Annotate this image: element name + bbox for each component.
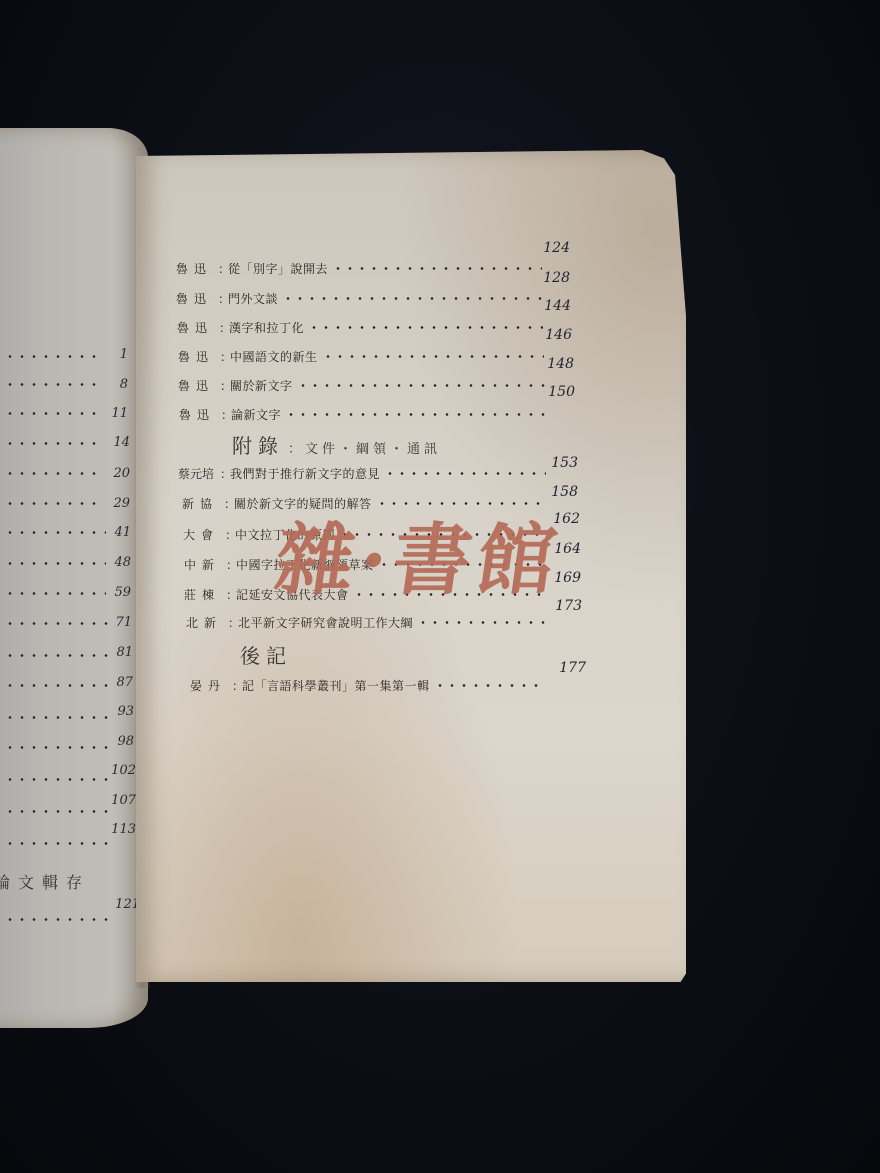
- leader-dots: [376, 502, 546, 505]
- entry-author: 新協: [182, 495, 224, 512]
- page-number: 14: [90, 435, 130, 450]
- leader-dots: [4, 918, 114, 921]
- entry-author: 魯迅: [177, 319, 219, 336]
- page-number: 107: [96, 793, 136, 808]
- page-number: 81: [93, 645, 133, 660]
- toc-entry: 晏丹： 記「言語科學叢刊」第一集第一輯: [190, 677, 546, 694]
- appendix-heading-sub: ：文件・綱領・通訊: [288, 442, 441, 457]
- page-number: 48: [91, 555, 131, 570]
- appendix-heading: 附錄：文件・綱領・通訊: [232, 430, 441, 459]
- page-number: 20: [90, 466, 130, 481]
- page-number: 121: [100, 897, 140, 912]
- entry-author: 魯迅: [178, 348, 220, 365]
- page-number: 102: [96, 763, 136, 778]
- entry-author: 莊棟: [184, 586, 226, 603]
- leader-dots: [308, 326, 543, 329]
- leader-dots: [282, 297, 542, 300]
- entry-title: 北平新文字研究會說明工作大綱: [238, 614, 413, 631]
- leader-dots: [4, 778, 112, 781]
- leader-dots: [4, 810, 112, 813]
- appendix-heading-main: 附錄: [232, 434, 284, 458]
- toc-entry: 魯迅： 關於新文字: [178, 377, 550, 394]
- watermark-stamp: 雜·書館: [271, 522, 567, 600]
- leader-dots: [297, 384, 546, 387]
- leader-dots: [4, 842, 112, 845]
- page-number: 41: [91, 525, 131, 540]
- entry-author: 蔡元培: [178, 465, 220, 482]
- leader-dots: [4, 472, 104, 475]
- section-heading: 論文輯存: [0, 870, 90, 893]
- entry-author: 北新: [186, 614, 228, 631]
- page-number: 1: [88, 347, 128, 362]
- entry-author: 魯迅: [176, 260, 218, 277]
- entry-author: 中新: [184, 556, 226, 573]
- entry-title: 從「別字」說開去: [228, 260, 328, 277]
- page-number: 153: [530, 455, 578, 471]
- toc-entry: 北新： 北平新文字研究會說明工作大綱: [186, 614, 552, 631]
- page-number: 177: [538, 660, 586, 676]
- leader-dots: [434, 684, 542, 687]
- leader-dots: [322, 355, 544, 358]
- page-number: 128: [522, 270, 570, 286]
- leader-dots: [417, 621, 548, 624]
- page-number: 87: [93, 675, 133, 690]
- leader-dots: [332, 267, 542, 270]
- entry-author: 魯迅: [179, 406, 221, 423]
- toc-entry: 魯迅： 從「別字」說開去: [176, 260, 546, 277]
- page-number: 148: [526, 356, 574, 372]
- leader-dots: [285, 413, 547, 416]
- entry-author: 魯迅: [178, 377, 220, 394]
- toc-entry: 蔡元培： 我們對于推行新文字的意見: [178, 465, 550, 482]
- page-number: 113: [96, 822, 136, 837]
- entry-title: 中國語文的新生: [230, 348, 318, 365]
- page-number: 8: [88, 377, 128, 392]
- entry-title: 關於新文字的疑問的解答: [234, 495, 372, 512]
- page-number: 29: [90, 496, 130, 511]
- left-page: [0, 128, 148, 1028]
- entry-author: 魯迅: [176, 290, 218, 307]
- page-number: 98: [94, 734, 134, 749]
- entry-title: 漢字和拉丁化: [229, 319, 304, 336]
- leader-dots: [4, 442, 104, 445]
- toc-entry: 新協： 關於新文字的疑問的解答: [182, 495, 550, 512]
- page-number: 59: [91, 585, 131, 600]
- page-number: 93: [94, 704, 134, 719]
- entry-title: 論新文字: [231, 406, 281, 423]
- toc-entry: 魯迅： 論新文字: [179, 406, 551, 423]
- page-number: 124: [522, 240, 570, 256]
- entry-title: 記「言語科學叢刊」第一集第一輯: [242, 677, 430, 694]
- leader-dots: [4, 502, 104, 505]
- page-number: 158: [530, 484, 578, 500]
- toc-entry: 魯迅： 漢字和拉丁化: [177, 319, 547, 336]
- page-number: 150: [527, 384, 575, 400]
- leader-dots: [384, 472, 546, 475]
- page-number: 11: [88, 406, 128, 421]
- toc-entry: 魯迅： 中國語文的新生: [178, 348, 548, 365]
- postscript-heading: 後記: [240, 640, 292, 669]
- entry-title: 門外文談: [228, 290, 278, 307]
- entry-title: 關於新文字: [230, 377, 293, 394]
- toc-entry: 魯迅： 門外文談: [176, 290, 546, 307]
- entry-title: 我們對于推行新文字的意見: [230, 465, 380, 482]
- page-number: 71: [92, 615, 132, 630]
- entry-author: 大會: [183, 526, 225, 543]
- page-number: 146: [524, 327, 572, 343]
- entry-author: 晏丹: [190, 677, 232, 694]
- page-number: 144: [523, 298, 571, 314]
